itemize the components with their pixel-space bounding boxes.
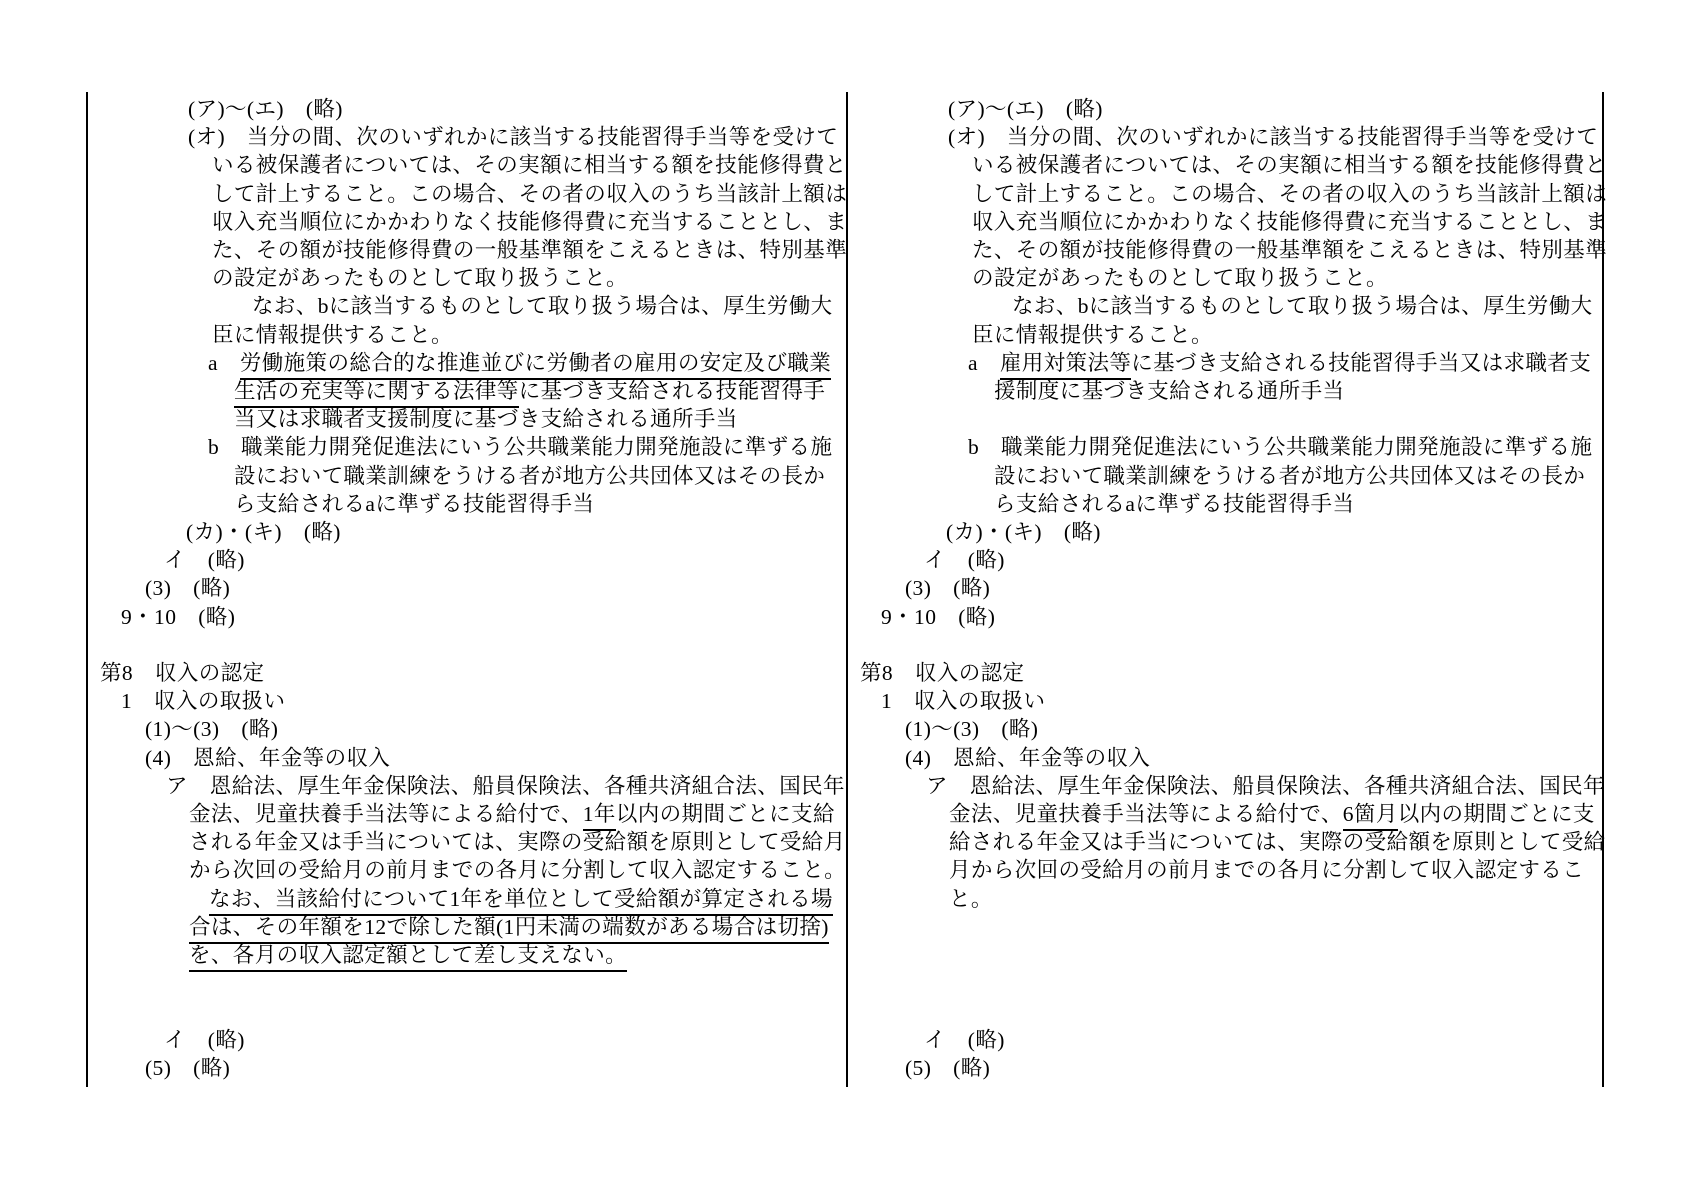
- text-line: 9・10 (略): [121, 604, 235, 632]
- text-segment: 月から次回の受給月の前月までの各月に分割して収入認定するこ: [949, 857, 1584, 883]
- text-segment: (5) (略): [905, 1055, 990, 1081]
- text-line: た、その額が技能修得費の一般基準額をこえるときは、特別基準: [212, 237, 847, 265]
- text-segment: た、その額が技能修得費の一般基準額をこえるときは、特別基準: [972, 237, 1607, 263]
- text-segment: (4) 恩給、年金等の収入: [145, 745, 390, 771]
- text-segment: 収入充当順位にかかわりなく技能修得費に充当することとし、ま: [212, 209, 847, 235]
- text-segment: b 職業能力開発促進法にいう公共職業能力開発施設に準ずる施: [968, 434, 1592, 460]
- text-segment: 収入充当順位にかかわりなく技能修得費に充当することとし、ま: [972, 209, 1607, 235]
- text-line: して計上すること。この場合、その者の収入のうち当該計上額は: [212, 181, 847, 209]
- text-segment: 9・10 (略): [121, 604, 235, 630]
- text-line: (5) (略): [145, 1055, 230, 1083]
- text-line: ら支給されるaに準ずる技能習得手当: [994, 491, 1354, 519]
- text-segment: a: [968, 350, 1000, 376]
- text-line: 9・10 (略): [881, 604, 995, 632]
- text-line: (5) (略): [905, 1055, 990, 1083]
- text-line: (3) (略): [905, 575, 990, 603]
- text-segment: (4) 恩給、年金等の収入: [905, 745, 1150, 771]
- text-line: 生活の充実等に関する法律等に基づき支給される技能習得手: [234, 378, 825, 406]
- text-segment: なお、bに該当するものとして取り扱う場合は、厚生労働大: [1012, 293, 1593, 319]
- text-segment: 以内の期間ごとに支: [1398, 801, 1595, 827]
- text-line: b 職業能力開発促進法にいう公共職業能力開発施設に準ずる施: [968, 434, 1592, 462]
- text-segment: ら支給されるaに準ずる技能習得手当: [994, 491, 1354, 517]
- text-line: いる被保護者については、その実額に相当する額を技能修得費と: [212, 152, 847, 180]
- text-segment: た、その額が技能修得費の一般基準額をこえるときは、特別基準: [212, 237, 847, 263]
- text-segment: (オ) 当分の間、次のいずれかに該当する技能習得手当等を受けて: [188, 124, 838, 150]
- text-line: 援制度に基づき支給される通所手当: [994, 378, 1344, 406]
- text-line: 臣に情報提供すること。: [972, 322, 1213, 350]
- text-line: 合は、その年額を12で除した額(1円未満の端数がある場合は切捨): [189, 914, 829, 942]
- text-segment: なお、bに該当するものとして取り扱う場合は、厚生労働大: [252, 293, 833, 319]
- text-line: b 職業能力開発促進法にいう公共職業能力開発施設に準ずる施: [208, 434, 832, 462]
- text-line: 金法、児童扶養手当法等による給付で、1年以内の期間ごとに支給: [189, 801, 835, 829]
- text-line: なお、bに該当するものとして取り扱う場合は、厚生労働大: [252, 293, 833, 321]
- document-page: (ア)～(エ) (略)(オ) 当分の間、次のいずれかに該当する技能習得手当等を受…: [0, 0, 1695, 1187]
- text-line: (1)～(3) (略): [145, 716, 278, 744]
- text-segment: 設において職業訓練をうける者が地方公共団体又はその長か: [234, 463, 825, 489]
- text-segment: 第8 収入の認定: [100, 660, 264, 686]
- text-line: を、各月の収入認定額として差し支えない。: [189, 942, 627, 970]
- text-segment: (ア)～(エ) (略): [188, 96, 343, 122]
- text-segment: イ (略): [164, 1027, 245, 1053]
- text-segment: ら支給されるaに準ずる技能習得手当: [234, 491, 594, 517]
- underlined-text-segment: 1年: [583, 801, 616, 831]
- text-segment: して計上すること。この場合、その者の収入のうち当該計上額は: [212, 181, 847, 207]
- text-line: イ (略): [924, 1027, 1005, 1055]
- text-line: (ア)～(エ) (略): [948, 96, 1103, 124]
- text-segment: に基づき支給される技能習得手: [519, 378, 826, 404]
- text-segment: (3) (略): [905, 575, 990, 601]
- text-segment: から次回の受給月の前月までの各月に分割して収入認定すること。: [189, 857, 846, 883]
- text-line: (4) 恩給、年金等の収入: [145, 745, 390, 773]
- text-segment: に基づき支給される技能習得手当又は求職者支: [1131, 350, 1591, 376]
- text-line: 金法、児童扶養手当法等による給付で、6箇月以内の期間ごとに支: [949, 801, 1595, 829]
- text-line: (1)～(3) (略): [905, 716, 1038, 744]
- text-segment: (カ)・(キ) (略): [946, 519, 1101, 545]
- text-line: される年金又は手当については、実際の受給額を原則として受給月: [189, 829, 846, 857]
- text-line: ア 恩給法、厚生年金保険法、船員保険法、各種共済組合法、国民年: [166, 773, 845, 801]
- text-segment: 以内の期間ごとに支給: [616, 801, 835, 827]
- text-line: (ア)～(エ) (略): [188, 96, 343, 124]
- text-line: 第8 収入の認定: [860, 660, 1024, 688]
- text-segment: される年金又は手当については、実際の受給額を原則として受給月: [189, 829, 846, 855]
- text-segment: イ (略): [924, 547, 1005, 573]
- text-segment: と。: [949, 886, 993, 912]
- text-line: 1 収入の取扱い: [881, 688, 1045, 716]
- text-line: の設定があったものとして取り扱うこと。: [212, 265, 628, 293]
- underlined-text-segment: 生活の充実等に関する法律等: [234, 378, 519, 408]
- underlined-text-segment: 労働施策の総合的な推進並びに労働者の雇用の安定及び職業: [240, 350, 831, 380]
- text-line: (3) (略): [145, 575, 230, 603]
- text-line: いる被保護者については、その実額に相当する額を技能修得費と: [972, 152, 1607, 180]
- text-line: イ (略): [164, 1027, 245, 1055]
- text-segment: 金法、児童扶養手当法等による給付で、: [949, 801, 1343, 827]
- text-segment: 1 収入の取扱い: [881, 688, 1045, 714]
- text-line: 月から次回の受給月の前月までの各月に分割して収入認定するこ: [949, 857, 1584, 885]
- text-line: 収入充当順位にかかわりなく技能修得費に充当することとし、ま: [972, 209, 1607, 237]
- text-segment: 援制度に基づき支給される通所手当: [994, 378, 1344, 404]
- text-segment: (1)～(3) (略): [905, 716, 1038, 742]
- underlined-text-segment: 合は、その年額を12で除した額(1円未満の端数がある場合は切捨): [189, 914, 829, 944]
- text-segment: 第8 収入の認定: [860, 660, 1024, 686]
- text-segment: 9・10 (略): [881, 604, 995, 630]
- text-line: (カ)・(キ) (略): [186, 519, 341, 547]
- text-line: 収入充当順位にかかわりなく技能修得費に充当することとし、ま: [212, 209, 847, 237]
- text-segment: (5) (略): [145, 1055, 230, 1081]
- text-segment: b 職業能力開発促進法にいう公共職業能力開発施設に準ずる施: [208, 434, 832, 460]
- text-line: なお、当該給付について1年を単位として受給額が算定される場: [209, 886, 833, 914]
- text-segment: ア 恩給法、厚生年金保険法、船員保険法、各種共済組合法、国民年: [166, 773, 845, 799]
- text-line: ら支給されるaに準ずる技能習得手当: [234, 491, 594, 519]
- underlined-text-segment: を、各月の収入認定額として差し支えない。: [189, 942, 627, 972]
- text-line: イ (略): [924, 547, 1005, 575]
- right-column-text: (ア)～(エ) (略)(オ) 当分の間、次のいずれかに該当する技能習得手当等を受…: [860, 96, 1608, 1086]
- left-column-text: (ア)～(エ) (略)(オ) 当分の間、次のいずれかに該当する技能習得手当等を受…: [100, 96, 848, 1086]
- text-segment: 当又は求職者支援制度に基づき支給される通所手当: [234, 406, 738, 432]
- text-segment: 金法、児童扶養手当法等による給付で、: [189, 801, 583, 827]
- text-segment: イ (略): [924, 1027, 1005, 1053]
- text-segment: a: [208, 350, 240, 376]
- text-segment: (オ) 当分の間、次のいずれかに該当する技能習得手当等を受けて: [948, 124, 1598, 150]
- text-line: た、その額が技能修得費の一般基準額をこえるときは、特別基準: [972, 237, 1607, 265]
- text-line: (オ) 当分の間、次のいずれかに該当する技能習得手当等を受けて: [948, 124, 1598, 152]
- text-line: 臣に情報提供すること。: [212, 322, 453, 350]
- text-segment: 臣に情報提供すること。: [212, 322, 453, 348]
- text-segment: (3) (略): [145, 575, 230, 601]
- text-segment: の設定があったものとして取り扱うこと。: [212, 265, 628, 291]
- text-segment: 設において職業訓練をうける者が地方公共団体又はその長か: [994, 463, 1585, 489]
- text-line: なお、bに該当するものとして取り扱う場合は、厚生労働大: [1012, 293, 1593, 321]
- text-line: 設において職業訓練をうける者が地方公共団体又はその長か: [994, 463, 1585, 491]
- text-segment: 1 収入の取扱い: [121, 688, 285, 714]
- text-line: から次回の受給月の前月までの各月に分割して収入認定すること。: [189, 857, 846, 885]
- text-line: イ (略): [164, 547, 245, 575]
- text-line: 第8 収入の認定: [100, 660, 264, 688]
- text-segment: いる被保護者については、その実額に相当する額を技能修得費と: [972, 152, 1607, 178]
- text-line: (4) 恩給、年金等の収入: [905, 745, 1150, 773]
- text-line: 当又は求職者支援制度に基づき支給される通所手当: [234, 406, 738, 434]
- text-segment: (ア)～(エ) (略): [948, 96, 1103, 122]
- text-segment: 臣に情報提供すること。: [972, 322, 1213, 348]
- text-line: の設定があったものとして取り扱うこと。: [972, 265, 1388, 293]
- text-line: 1 収入の取扱い: [121, 688, 285, 716]
- text-line: して計上すること。この場合、その者の収入のうち当該計上額は: [972, 181, 1607, 209]
- text-line: ア 恩給法、厚生年金保険法、船員保険法、各種共済組合法、国民年: [926, 773, 1605, 801]
- left-border-rule: [86, 92, 88, 1087]
- text-line: a 雇用対策法等に基づき支給される技能習得手当又は求職者支: [968, 350, 1591, 378]
- text-line: と。: [949, 886, 993, 914]
- text-segment: イ (略): [164, 547, 245, 573]
- underlined-text-segment: 6箇月: [1343, 801, 1398, 831]
- underlined-text-segment: 雇用対策法等: [1000, 350, 1131, 380]
- text-segment: (1)～(3) (略): [145, 716, 278, 742]
- text-segment: して計上すること。この場合、その者の収入のうち当該計上額は: [972, 181, 1607, 207]
- underlined-text-segment: なお、当該給付について1年を単位として受給額が算定される場: [209, 886, 833, 916]
- text-line: a 労働施策の総合的な推進並びに労働者の雇用の安定及び職業: [208, 350, 831, 378]
- text-line: 給される年金又は手当については、実際の受給額を原則として受給: [949, 829, 1606, 857]
- text-segment: (カ)・(キ) (略): [186, 519, 341, 545]
- text-segment: ア 恩給法、厚生年金保険法、船員保険法、各種共済組合法、国民年: [926, 773, 1605, 799]
- text-segment: の設定があったものとして取り扱うこと。: [972, 265, 1388, 291]
- text-segment: 給される年金又は手当については、実際の受給額を原則として受給: [949, 829, 1606, 855]
- text-line: (カ)・(キ) (略): [946, 519, 1101, 547]
- text-line: 設において職業訓練をうける者が地方公共団体又はその長か: [234, 463, 825, 491]
- text-segment: いる被保護者については、その実額に相当する額を技能修得費と: [212, 152, 847, 178]
- text-line: (オ) 当分の間、次のいずれかに該当する技能習得手当等を受けて: [188, 124, 838, 152]
